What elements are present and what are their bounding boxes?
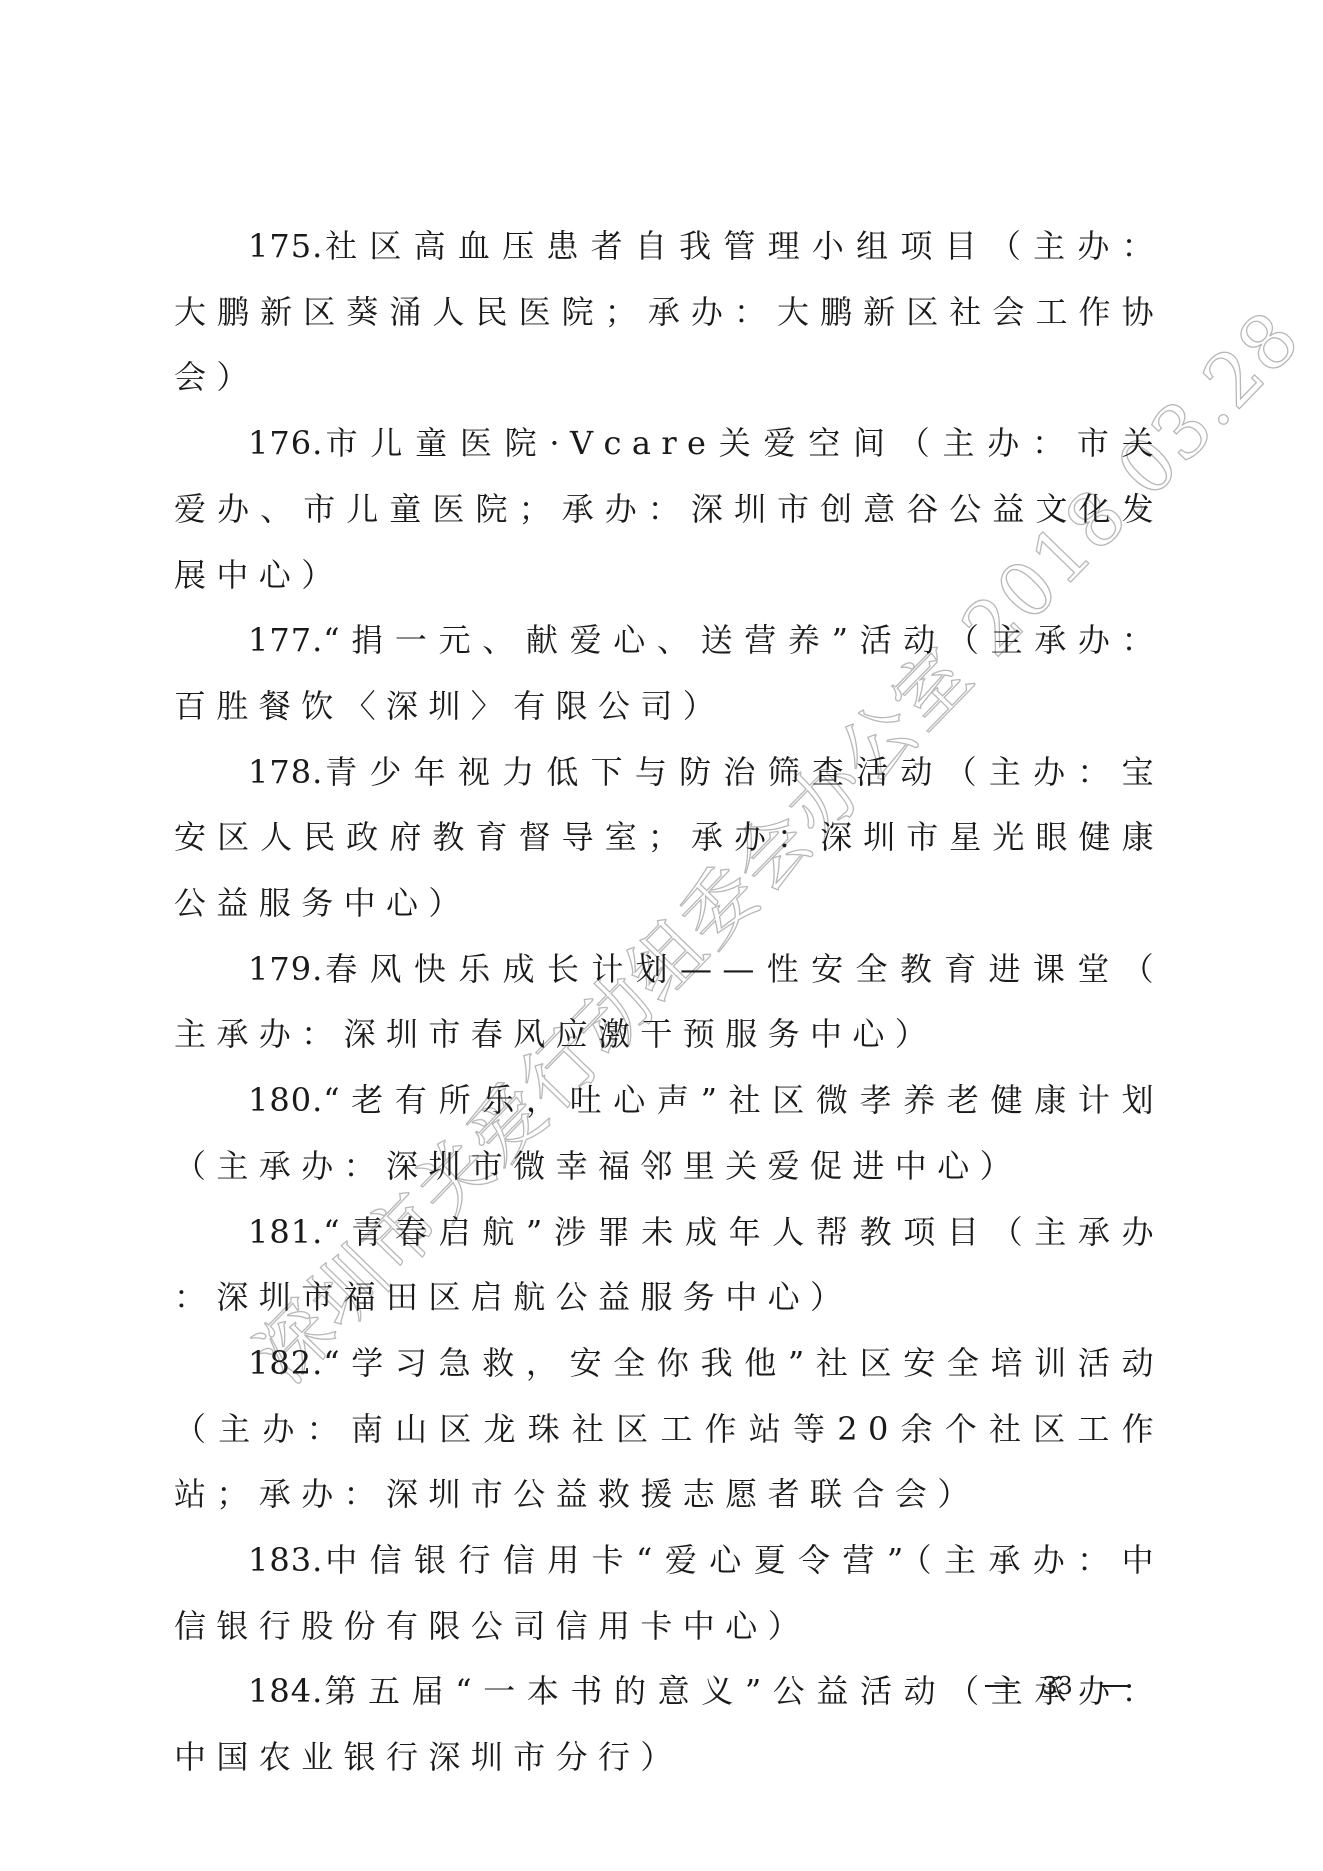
item-number: 178. bbox=[248, 753, 323, 791]
item-text: 中信银行信用卡“爱心夏令营”（主承办：中信银行股份有限公司信用卡中心） bbox=[174, 1541, 1164, 1645]
item-number: 175. bbox=[248, 227, 323, 265]
item-text: “青春启航”涉罪未成年人帮教项目（主承办：深圳市福田区启航公益服务中心） bbox=[174, 1213, 1164, 1317]
item-text: “学习急救，安全你我他”社区安全培训活动（主办：南山区龙珠社区工作站等20余个社… bbox=[174, 1344, 1164, 1513]
item-number: 180. bbox=[248, 1081, 323, 1119]
item-number: 183. bbox=[248, 1541, 323, 1579]
page-number-value: 33 bbox=[1042, 1672, 1073, 1700]
item-text: 春风快乐成长计划——性安全教育进课堂（主承办：深圳市春风应激干预服务中心） bbox=[174, 950, 1164, 1054]
list-item-183: 183.中信银行信用卡“爱心夏令营”（主承办：中信银行股份有限公司信用卡中心） bbox=[174, 1528, 1164, 1659]
item-number: 176. bbox=[248, 424, 323, 462]
list-item-180: 180.“老有所乐，吐心声”社区微孝养老健康计划（主承办：深圳市微幸福邻里关爱促… bbox=[174, 1068, 1164, 1199]
page-number: 33 bbox=[985, 1666, 1130, 1706]
list-item-177: 177.“捐一元、献爱心、送营养”活动（主承办：百胜餐饮〈深圳〉有限公司） bbox=[174, 608, 1164, 739]
item-text: “捐一元、献爱心、送营养”活动（主承办：百胜餐饮〈深圳〉有限公司） bbox=[174, 621, 1164, 725]
item-number: 181. bbox=[248, 1213, 323, 1251]
dash-left bbox=[985, 1685, 1015, 1687]
document-body: 175.社区高血压患者自我管理小组项目（主办：大鹏新区葵涌人民医院；承办：大鹏新… bbox=[174, 214, 1164, 1791]
item-number: 177. bbox=[248, 621, 323, 659]
item-text: “老有所乐，吐心声”社区微孝养老健康计划（主承办：深圳市微幸福邻里关爱促进中心） bbox=[174, 1081, 1164, 1185]
item-number: 179. bbox=[248, 950, 323, 988]
list-item-182: 182.“学习急救，安全你我他”社区安全培训活动（主办：南山区龙珠社区工作站等2… bbox=[174, 1331, 1164, 1528]
item-number: 184. bbox=[248, 1672, 323, 1710]
list-item-178: 178.青少年视力低下与防治筛查活动（主办：宝安区人民政府教育督导室；承办：深圳… bbox=[174, 740, 1164, 937]
item-text: 社区高血压患者自我管理小组项目（主办：大鹏新区葵涌人民医院；承办：大鹏新区社会工… bbox=[174, 227, 1164, 396]
document-page: 深圳市关爱行动组委会办公室 2018.03.28 175.社区高血压患者自我管理… bbox=[0, 0, 1323, 1871]
dash-right bbox=[1100, 1685, 1130, 1687]
item-number: 182. bbox=[248, 1344, 323, 1382]
item-text: 青少年视力低下与防治筛查活动（主办：宝安区人民政府教育督导室；承办：深圳市星光眼… bbox=[174, 753, 1164, 922]
item-text: 市儿童医院·Vcare关爱空间（主办：市关爱办、市儿童医院；承办：深圳市创意谷公… bbox=[174, 424, 1164, 593]
list-item-179: 179.春风快乐成长计划——性安全教育进课堂（主承办：深圳市春风应激干预服务中心… bbox=[174, 937, 1164, 1068]
list-item-175: 175.社区高血压患者自我管理小组项目（主办：大鹏新区葵涌人民医院；承办：大鹏新… bbox=[174, 214, 1164, 411]
list-item-181: 181.“青春启航”涉罪未成年人帮教项目（主承办：深圳市福田区启航公益服务中心） bbox=[174, 1200, 1164, 1331]
list-item-176: 176.市儿童医院·Vcare关爱空间（主办：市关爱办、市儿童医院；承办：深圳市… bbox=[174, 411, 1164, 608]
